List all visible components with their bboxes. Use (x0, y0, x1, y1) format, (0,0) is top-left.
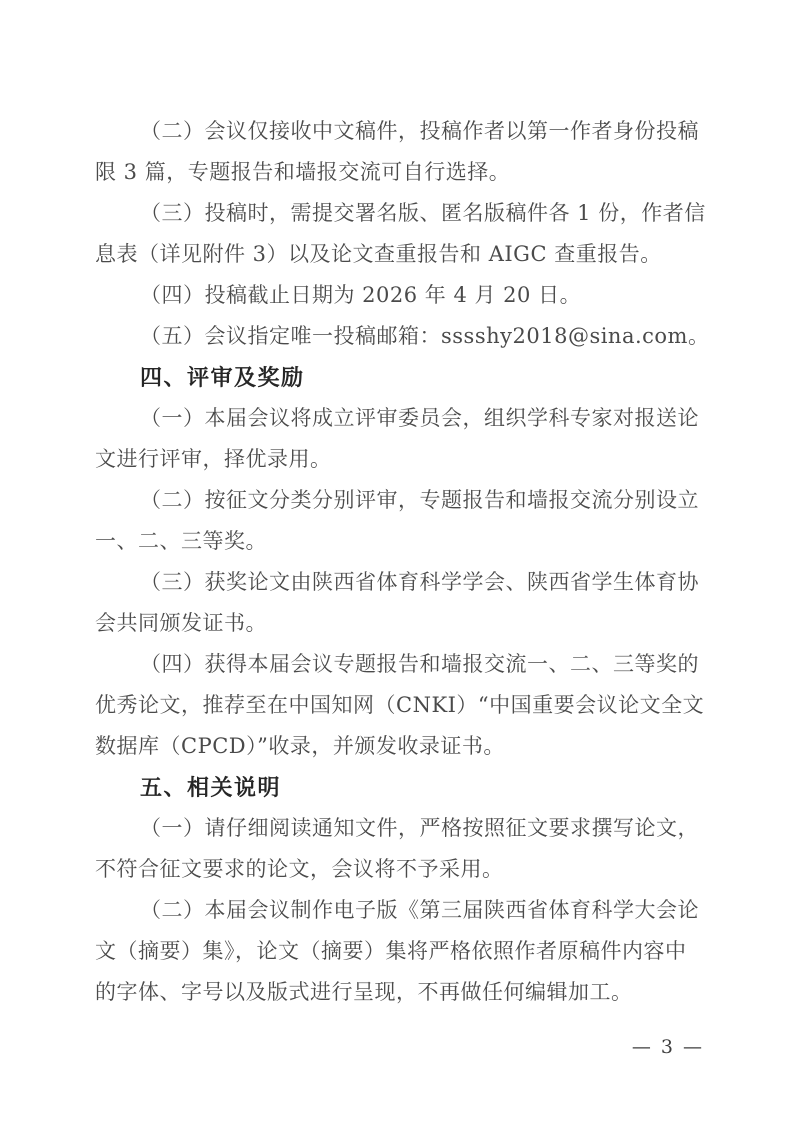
paragraph-line: 优秀论文，推荐至在中国知网（CNKI）“中国重要会议论文全文 (95, 685, 711, 726)
paragraph-line: 文（摘要）集》，论文（摘要）集将严格依照作者原稿件内容中 (95, 931, 711, 972)
paragraph-line: 文进行评审，择优录用。 (95, 439, 711, 480)
paragraph-line: （三）获奖论文由陕西省体育科学学会、陕西省学生体育协 (95, 562, 711, 603)
page-number: — 3 — (632, 1036, 704, 1058)
paragraph-line: 的字体、字号以及版式进行呈现，不再做任何编辑加工。 (95, 972, 711, 1013)
paragraph-line: （二）按征文分类分别评审，专题报告和墙报交流分别设立 (95, 480, 711, 521)
paragraph-line: （二）会议仅接收中文稿件，投稿作者以第一作者身份投稿 (95, 111, 711, 152)
document-content: （二）会议仅接收中文稿件，投稿作者以第一作者身份投稿 限 3 篇，专题报告和墙报… (95, 111, 711, 1013)
paragraph-line-email: （五）会议指定唯一投稿邮箱：sssshy2018@sina.com。 (95, 316, 711, 357)
paragraph-line: （一）请仔细阅读通知文件，严格按照征文要求撰写论文， (95, 808, 711, 849)
paragraph-line: 限 3 篇，专题报告和墙报交流可自行选择。 (95, 152, 711, 193)
paragraph-line: （二）本届会议制作电子版《第三届陕西省体育科学大会论 (95, 890, 711, 931)
paragraph-line: 一、二、三等奖。 (95, 521, 711, 562)
paragraph-line: （三）投稿时，需提交署名版、匿名版稿件各 1 份，作者信 (95, 193, 711, 234)
paragraph-line: （一）本届会议将成立评审委员会，组织学科专家对报送论 (95, 398, 711, 439)
paragraph-line: 不符合征文要求的论文，会议将不予采用。 (95, 849, 711, 890)
paragraph-line: （四）获得本届会议专题报告和墙报交流一、二、三等奖的 (95, 644, 711, 685)
document-page: （二）会议仅接收中文稿件，投稿作者以第一作者身份投稿 限 3 篇，专题报告和墙报… (0, 0, 794, 1123)
paragraph-line: （四）投稿截止日期为 2026 年 4 月 20 日。 (95, 275, 711, 316)
paragraph-line: 会共同颁发证书。 (95, 603, 711, 644)
section-heading-review-awards: 四、评审及奖励 (95, 357, 711, 398)
section-heading-related-notes: 五、相关说明 (95, 767, 711, 808)
paragraph-line: 息表（详见附件 3）以及论文查重报告和 AIGC 查重报告。 (95, 234, 711, 275)
paragraph-line: 数据库（CPCD）”收录，并颁发收录证书。 (95, 726, 711, 767)
